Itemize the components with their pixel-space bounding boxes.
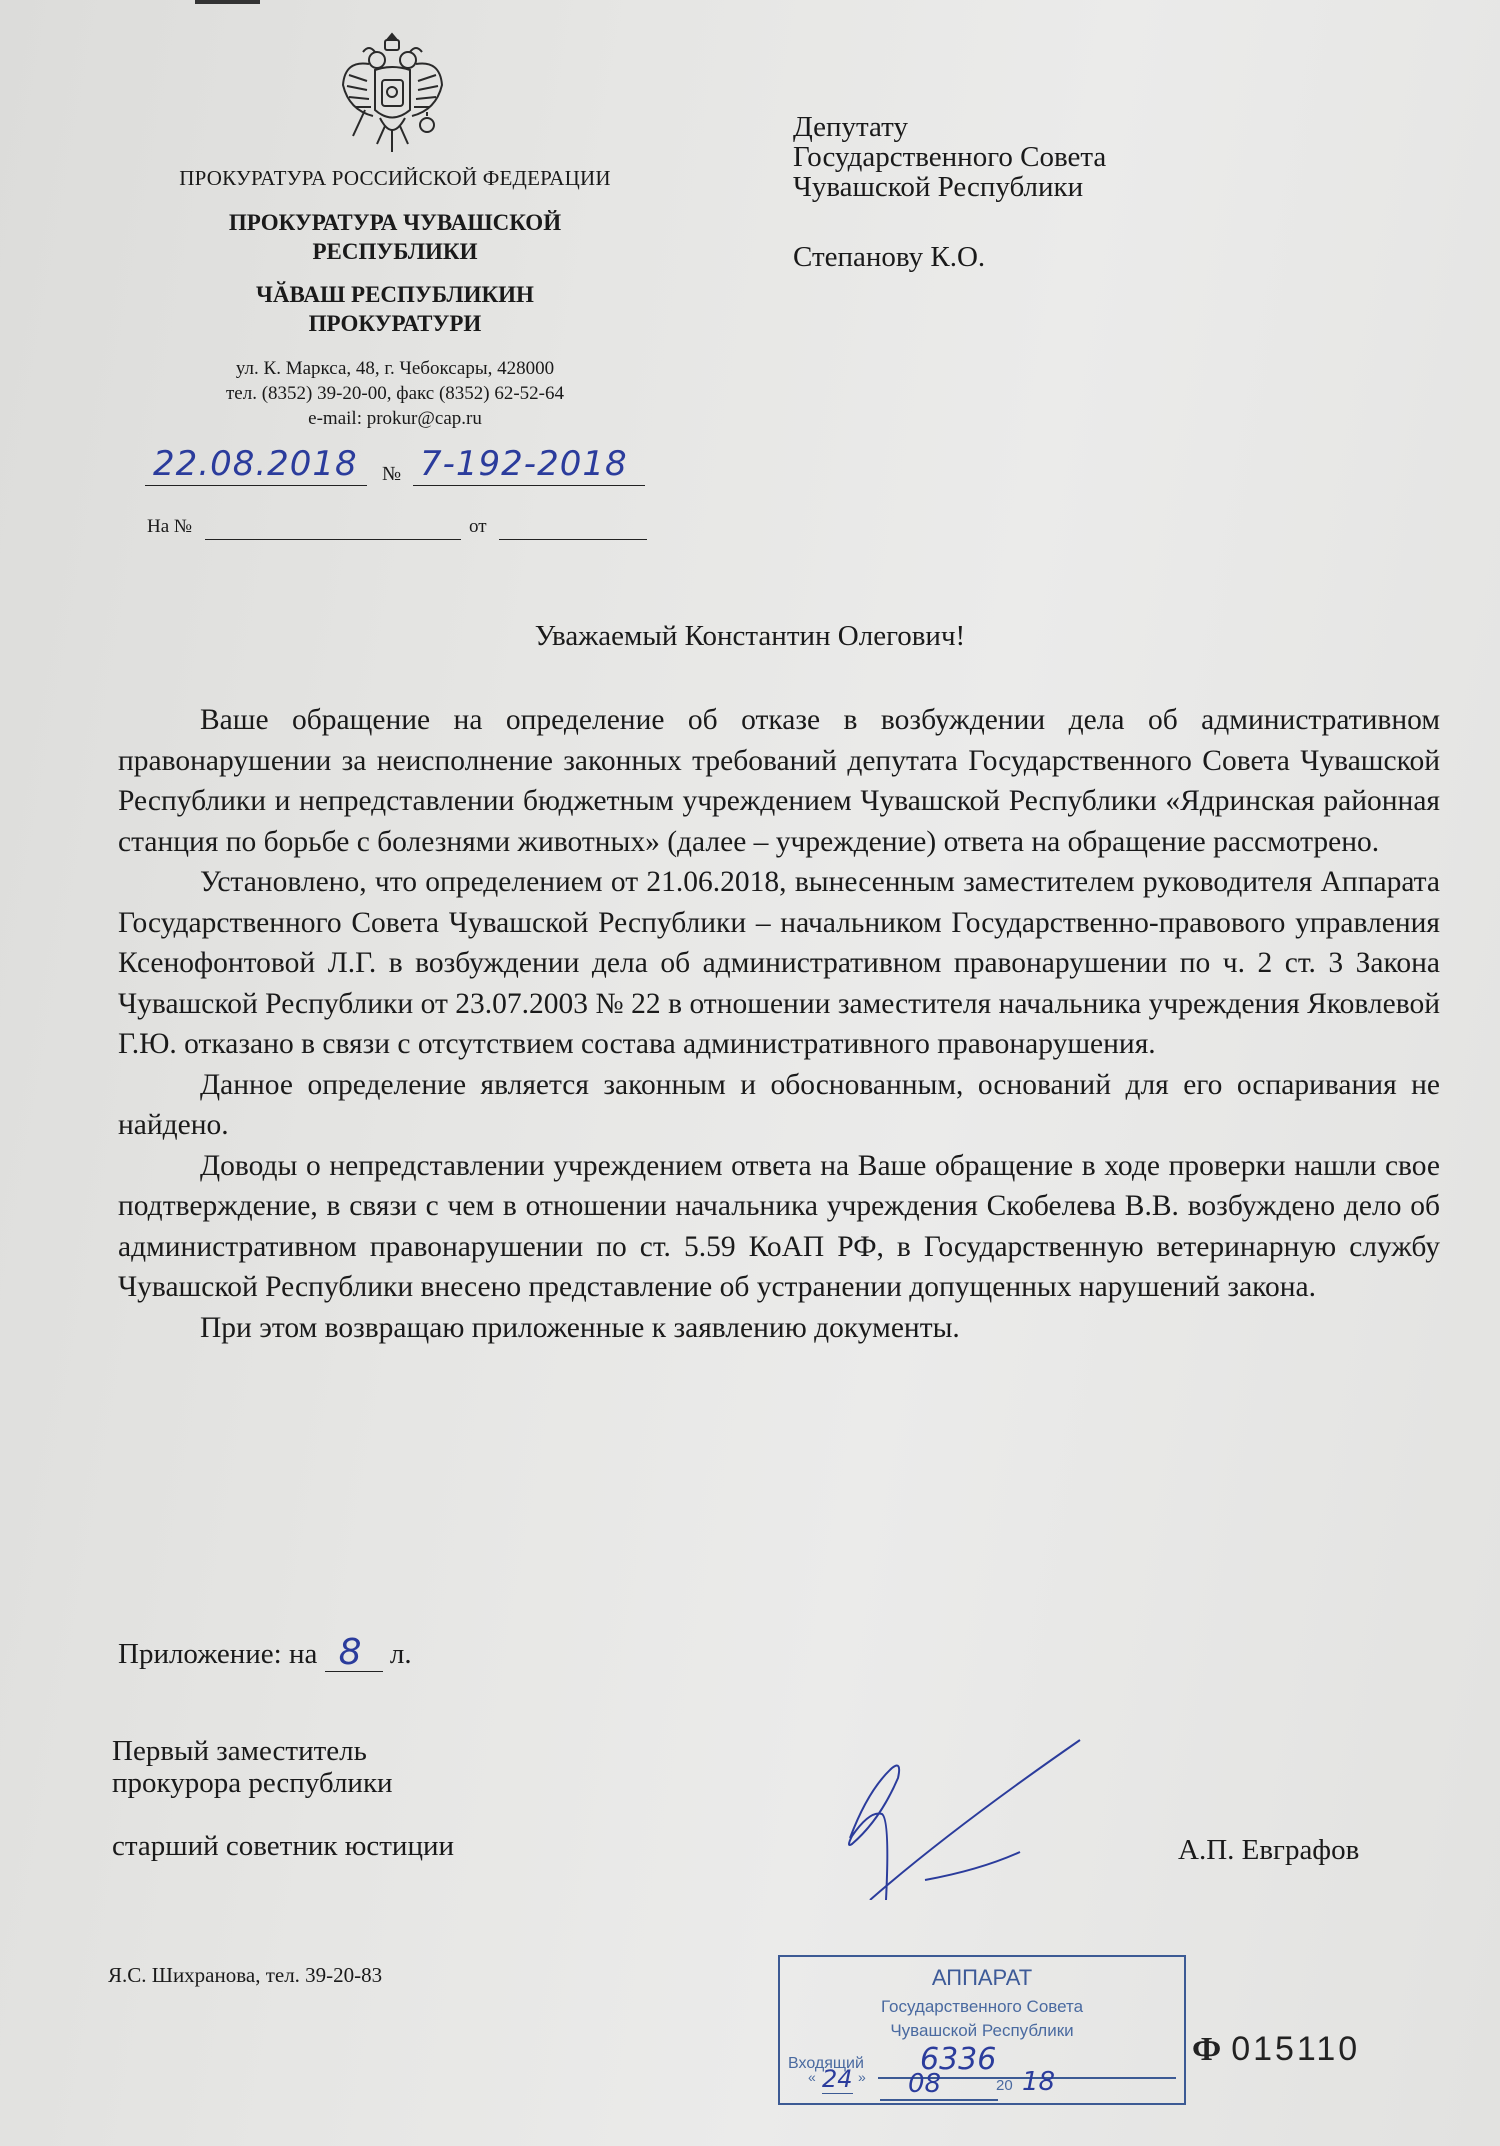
handwritten-signature-icon xyxy=(830,1720,1250,1900)
signatory-rank: старший советник юстиции xyxy=(112,1830,454,1863)
signatory-title-line1: Первый заместитель xyxy=(112,1735,393,1767)
stamp-month-underline xyxy=(880,2099,998,2101)
body-paragraph: При этом возвращаю приложенные к заявлен… xyxy=(118,1308,1440,1349)
reply-from-label: от xyxy=(469,516,487,538)
date-underline xyxy=(145,485,367,487)
letter-page: ПРОКУРАТУРА РОССИЙСКОЙ ФЕДЕРАЦИИ ПРОКУРА… xyxy=(0,0,1500,2146)
reply-to-label: На № xyxy=(147,516,192,538)
recipient-block: Депутату Государственного Совета Чувашск… xyxy=(793,112,1106,272)
attachment-line: Приложение: на 8 л. xyxy=(118,1638,412,1672)
body-paragraph: Установлено, что определением от 21.06.2… xyxy=(118,862,1440,1065)
stamp-quote-close: » xyxy=(858,2069,866,2085)
emblem-icon xyxy=(335,30,450,158)
reply-date-underline xyxy=(499,539,647,541)
stamp-year-prefix: 20 xyxy=(996,2077,1013,2094)
outgoing-number: 7-192-2018 xyxy=(420,444,628,484)
recipient-line1: Депутату xyxy=(793,112,1106,142)
greeting: Уважаемый Константин Олегович! xyxy=(0,620,1500,653)
reply-number-underline xyxy=(205,539,461,541)
recipient-line3: Чувашской Республики xyxy=(793,172,1106,202)
form-number: 015110 xyxy=(1231,2030,1360,2068)
incoming-registration-stamp: АППАРАТ Государственного Совета Чувашско… xyxy=(778,1955,1186,2105)
top-edge-mark xyxy=(195,0,260,4)
recipient-line2: Государственного Совета xyxy=(793,142,1106,172)
outgoing-date: 22.08.2018 xyxy=(153,444,358,484)
letterhead-chuvash-line2: ПРОКУРАТУРИ xyxy=(130,309,660,338)
signatory-title: Первый заместитель прокурора республики xyxy=(112,1735,393,1799)
stamp-year: 18 xyxy=(1022,2067,1055,2097)
number-underline xyxy=(413,485,645,487)
letterhead-address: ул. К. Маркса, 48, г. Чебоксары, 428000 xyxy=(130,356,660,381)
letterhead-federation-line: ПРОКУРАТУРА РОССИЙСКОЙ ФЕДЕРАЦИИ xyxy=(130,166,660,191)
form-serial-number: Ф015110 xyxy=(1192,2030,1360,2069)
attachment-prefix: Приложение: на xyxy=(118,1638,317,1670)
attachment-suffix: л. xyxy=(390,1638,412,1670)
stamp-day: 24 xyxy=(822,2065,853,2094)
body-paragraph: Данное определение является законным и о… xyxy=(118,1065,1440,1146)
recipient-name: Степанову К.О. xyxy=(793,242,1106,272)
letterhead-office-line1: ПРОКУРАТУРА ЧУВАШСКОЙ xyxy=(130,208,660,237)
body-paragraph: Ваше обращение на определение об отказе … xyxy=(118,700,1440,862)
stamp-line3: Чувашской Республики xyxy=(780,2021,1184,2041)
stamp-quote-open: « xyxy=(808,2069,816,2085)
stamp-line2: Государственного Совета xyxy=(780,1997,1184,2017)
stamp-month: 08 xyxy=(908,2069,941,2099)
letterhead-office-name: ПРОКУРАТУРА ЧУВАШСКОЙ РЕСПУБЛИКИ xyxy=(130,208,660,266)
body-paragraph: Доводы о непредставлении учреждением отв… xyxy=(118,1146,1440,1308)
letter-body: Ваше обращение на определение об отказе … xyxy=(118,700,1440,1348)
form-prefix: Ф xyxy=(1192,2031,1221,2068)
outgoing-date-number-row: 22.08.2018 № 7-192-2018 xyxy=(145,440,645,486)
letterhead-chuvash-line1: ЧӐВАШ РЕСПУБЛИКИН xyxy=(130,280,660,309)
attachment-pages-field: 8 xyxy=(325,1638,383,1672)
signatory-title-line2: прокурора республики xyxy=(112,1767,393,1799)
letterhead-contacts: ул. К. Маркса, 48, г. Чебоксары, 428000 … xyxy=(130,356,660,431)
letterhead-email: e-mail: prokur@cap.ru xyxy=(130,406,660,431)
reply-reference-row: На № от xyxy=(147,510,647,540)
number-sign: № xyxy=(382,463,401,486)
stamp-title: АППАРАТ xyxy=(780,1965,1184,1991)
letterhead-office-name-chuvash: ЧӐВАШ РЕСПУБЛИКИН ПРОКУРАТУРИ xyxy=(130,280,660,338)
executor-contact: Я.С. Шихранова, тел. 39-20-83 xyxy=(108,1963,382,1988)
letterhead-office-line2: РЕСПУБЛИКИ xyxy=(130,237,660,266)
attachment-pages: 8 xyxy=(339,1632,362,1673)
letterhead-phones: тел. (8352) 39-20-00, факс (8352) 62-52-… xyxy=(130,381,660,406)
